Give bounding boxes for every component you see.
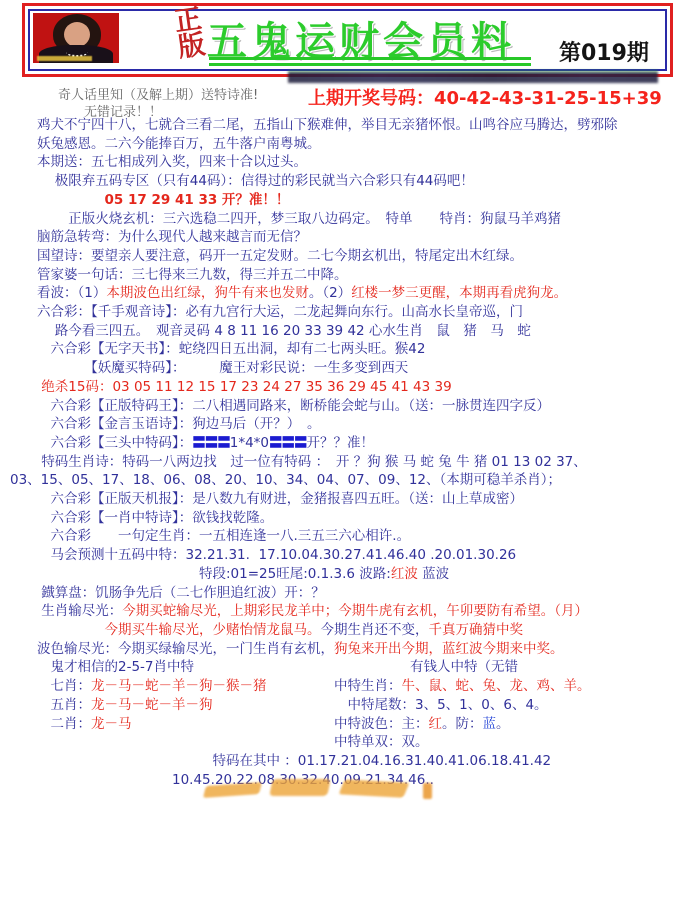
text-line: 今期买牛输尽光，少赌怡情龙鼠马。今期生肖还不变，千真万确猜中奖	[10, 621, 678, 640]
watermark-stroke	[269, 779, 331, 796]
text-line: 鸡犬不宁四十八，七就合三看二尾，五指山下猴难伸，举目无亲猪怀恨。山鸣谷应马腾达，…	[10, 116, 678, 135]
text-line: 妖兔感恩。二六今能捧百万，五牛落户南粤城。	[10, 135, 678, 154]
text-line: 六合彩【正版天机报】：是八数九有财进，金猪报喜四五旺。（送：山上草成密）	[10, 490, 678, 509]
watermark-stroke	[423, 783, 432, 799]
text-line: 国望诗：要望亲人要注意，码开一五定发财。二七今期玄机出，特尾定出木红绿。	[10, 247, 678, 266]
body-lines: 鸡犬不宁四十八，七就合三看二尾，五指山下猴难伸，举目无亲猪怀恨。山鸣谷应马腾达，…	[10, 116, 678, 789]
portrait-face	[64, 22, 90, 47]
watermark-stroke	[339, 779, 410, 797]
watermark-orange-marks	[205, 776, 465, 808]
text-line: 路今看三四五。 观音灵码 4 8 11 16 20 33 39 42 心水生肖 …	[10, 322, 678, 341]
portrait-watermark	[37, 56, 92, 61]
text-line: 七肖：龙－马－蛇－羊－狗－猴－猪 中特生肖：牛、鼠、蛇、兔、龙、鸡、羊。	[10, 677, 678, 696]
text-line: 管家婆一句话：三七得来三九数，得三并五二中降。	[10, 266, 678, 285]
text-line: 特段:01=25旺尾:0.1.3.6 波路:红波 蓝波	[10, 565, 678, 584]
text-line: 特码生肖诗：特码一八两边找 过一位有特码 ： 开 ？狗 猴 马 蛇 兔 牛 猪 …	[10, 453, 678, 472]
text-line: 特码在其中 ：01.17.21.04.16.31.40.41.06.18.41.…	[10, 752, 678, 771]
text-line: 六合彩【金言玉语诗】：狗边马后（开？） 。	[10, 415, 678, 434]
text-line: 鐡算盘：饥肠争先后（二七作胆追红波）开：？	[10, 584, 678, 603]
text-line: 极限弃五码专区（只有44码）：信得过的彩民就当六合彩只有44码吧！	[10, 172, 678, 191]
title-underline	[209, 63, 531, 66]
text-line: 六合彩【一肖中特诗】：欲钱找乾隆。	[10, 509, 678, 528]
text-line: 正版火烧玄机：三六选稳二四开，梦三取八边码定。 特单 特肖：狗鼠马羊鸡猪	[10, 210, 678, 229]
last-draw-numbers: 上期开奖号码：40-42-43-31-25-15+39	[308, 84, 662, 110]
text-line: 六合彩【三头中特码】：〓〓〓1*4*0〓〓〓开？？准！	[10, 434, 678, 453]
text-line: 二肖：龙－马 中特波色：主：红。防：蓝。	[10, 715, 678, 734]
brand-stamp: 正版	[170, 6, 211, 62]
text-line: 本期送：五七相成列入奖，四来十合以过头。	[10, 153, 678, 172]
text-line: 六合彩【无字天书】：蛇绕四日五出洞，却有二七两头旺。猴42	[10, 340, 678, 359]
text-line: 中特单双：双。	[10, 733, 678, 752]
text-line: 05 17 29 41 33 开？准！！	[10, 191, 678, 210]
text-line: 03、15、05、17、18、06、08、20、10、34、04、07、09、1…	[10, 471, 678, 490]
text-line: 六合彩：【千手观音诗】：必有九宫行大运，二龙起舞向东行。山高水长皇帝巡，门	[10, 303, 678, 322]
text-line: 六合彩 一句定生肖：一五相连逢一八.三五三六心相许.。	[10, 527, 678, 546]
obscured-text-smudge	[288, 72, 658, 83]
title-underline	[209, 57, 531, 60]
text-line: 看波：（1）本期波色出红绿，狗牛有来也发财。（2）红楼一梦三更醒，本期再看虎狗龙…	[10, 284, 678, 303]
page: 正版 五鬼运财会员料 第019期 奇人话里知（及解上期）送特诗准! 无错记录！！…	[0, 0, 683, 900]
text-line: 波色输尽光：今期买绿输尽光，一门生肖有玄机，狗兔来开出今期，蓝红波今期来中奖。	[10, 640, 678, 659]
text-line: 马会预测十五码中特：32.21.31. 17.10.04.30.27.41.46…	[10, 546, 678, 565]
text-line: 鬼才相信的2-5-7肖中特 有钱人中特（无错	[10, 658, 678, 677]
issue-number: 第019期	[559, 36, 649, 67]
watermark-stroke	[203, 782, 262, 798]
header-frame: 正版 五鬼运财会员料 第019期	[22, 3, 673, 77]
portrait-photo	[33, 13, 119, 63]
text-line: 绝杀15码：03 05 11 12 15 17 23 24 27 35 36 2…	[10, 378, 678, 397]
text-line: 【妖魔买特码】： 魔王对彩民说：一生多变到西天	[10, 359, 678, 378]
text-line: 脑筋急转弯：为什么现代人越来越言而无信？	[10, 228, 678, 247]
text-line: 六合彩【正版特码王】：二八相遇同路来，断桥能会蛇与山。（送：一脉贯连四字反）	[10, 397, 678, 416]
text-line: 五肖：龙－马－蛇－羊－狗 中特尾数：3、5、1、0、6、4。	[10, 696, 678, 715]
text-line: 生肖输尽光：今期买蛇输尽光，上期彩民龙羊中；今期牛虎有玄机，午卯要防有希望。（月…	[10, 602, 678, 621]
